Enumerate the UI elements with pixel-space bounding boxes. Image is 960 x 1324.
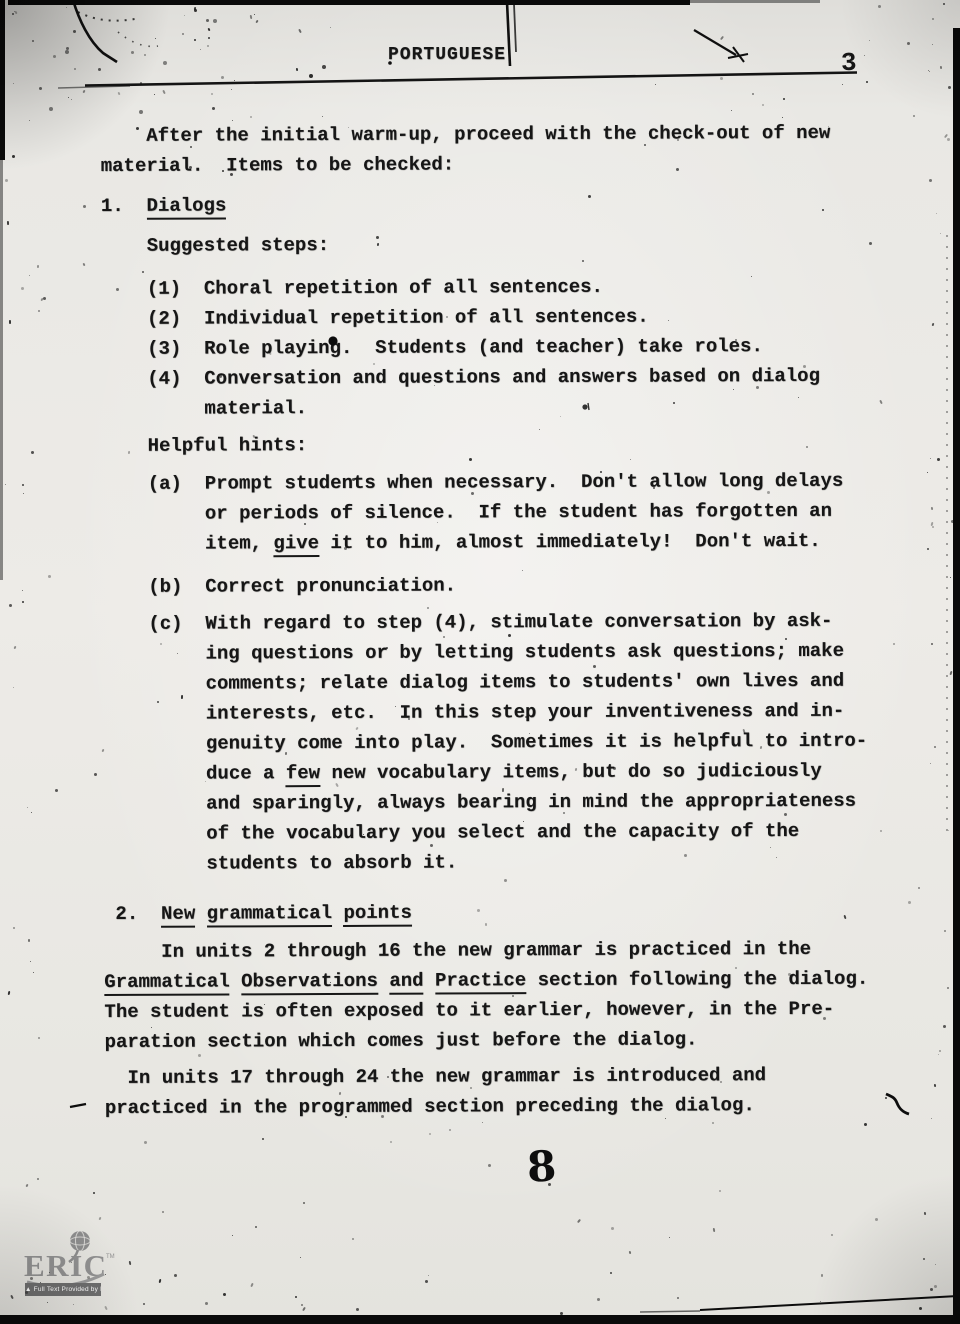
text-block-grammar-para-2: In units 17 through 24 the new grammar i…	[105, 1059, 925, 1123]
text-line: duce a few new vocabulary items, but do …	[103, 755, 923, 789]
text-line: material.	[102, 390, 922, 424]
text-line: In units 17 through 24 the new grammar i…	[105, 1059, 925, 1093]
text-line: of the vocabulary you select and the cap…	[104, 815, 924, 849]
scanned-document-page: PORTUGUESE 3 After the initial warm-up, …	[0, 0, 960, 1324]
footer-page-number: 8	[526, 1141, 558, 1191]
scan-edge-left	[0, 0, 5, 160]
text-line: After the initial warm-up, proceed with …	[101, 117, 921, 151]
text-block-hint-b: (b) Correct pronunciation.	[102, 568, 922, 602]
text-block-dialogs-heading: 1. Dialogs	[101, 187, 921, 221]
text-line: comments; relate dialog items to student…	[103, 665, 923, 699]
text-line: practiced in the programmed section prec…	[105, 1089, 925, 1123]
text-line: Grammatical Observations and Practice se…	[104, 963, 924, 997]
eric-badge-text: Full Text Provided by ERIC	[34, 1286, 101, 1293]
text-line: material. Items to be checked:	[101, 147, 921, 181]
text-line: 2. New grammatical points	[104, 895, 924, 929]
scan-edge-right	[953, 28, 960, 1324]
text-block-hint-c: (c) With regard to step (4), stimulate c…	[103, 605, 924, 879]
text-block-grammar-heading: 2. New grammatical points	[104, 895, 924, 929]
text-line: (b) Correct pronunciation.	[102, 568, 922, 602]
scan-edge-bottom	[0, 1315, 960, 1324]
text-line: Suggested steps:	[101, 227, 921, 261]
text-line: ing questions or by letting students ask…	[103, 635, 923, 669]
text-line: students to absorb it.	[104, 845, 924, 879]
text-line: (2) Individual repetition of all sentenc…	[101, 300, 921, 334]
text-block-hint-a: (a) Prompt students when necessary. Don'…	[102, 465, 922, 559]
text-block-grammar-para-1: In units 2 through 16 the new grammar is…	[104, 933, 925, 1057]
text-block-suggested-label: Suggested steps:	[101, 227, 921, 261]
eric-badge: ▲ Full Text Provided by ERIC	[25, 1283, 101, 1296]
text-block-intro: After the initial warm-up, proceed with …	[101, 117, 921, 181]
text-line: (4) Conversation and questions and answe…	[102, 360, 922, 394]
text-line: item, give it to him, almost immediately…	[102, 525, 922, 559]
text-line: (1) Choral repetition of all sentences.	[101, 270, 921, 304]
text-line: (a) Prompt students when necessary. Don'…	[102, 465, 922, 499]
text-block-helpful-label: Helpful hints:	[102, 427, 922, 461]
text-line: paration section which comes just before…	[104, 1023, 924, 1057]
text-line: interests, etc. In this step your invent…	[103, 695, 923, 729]
document-body: After the initial warm-up, proceed with …	[100, 0, 925, 1123]
text-line: In units 2 through 16 the new grammar is…	[104, 933, 924, 967]
text-line: genuity come into play. Sometimes it is …	[103, 725, 923, 759]
eric-trademark: TM	[106, 1254, 115, 1260]
text-line: The student is often exposed to it earli…	[104, 993, 924, 1027]
text-line: 1. Dialogs	[101, 187, 921, 221]
text-line: and sparingly, always bearing in mind th…	[103, 785, 923, 819]
scan-edge-top-2	[690, 0, 820, 3]
eric-badge-arrow-icon: ▲	[25, 1286, 32, 1293]
text-block-steps: (1) Choral repetition of all sentences. …	[101, 270, 922, 424]
scan-edge-top	[8, 0, 690, 5]
text-line: (c) With regard to step (4), stimulate c…	[103, 605, 923, 639]
scan-edge-left-2	[0, 160, 3, 580]
text-line: (3) Role playing. Students (and teacher)…	[101, 330, 921, 364]
text-line: or periods of silence. If the student ha…	[102, 495, 922, 529]
text-line: Helpful hints:	[102, 427, 922, 461]
